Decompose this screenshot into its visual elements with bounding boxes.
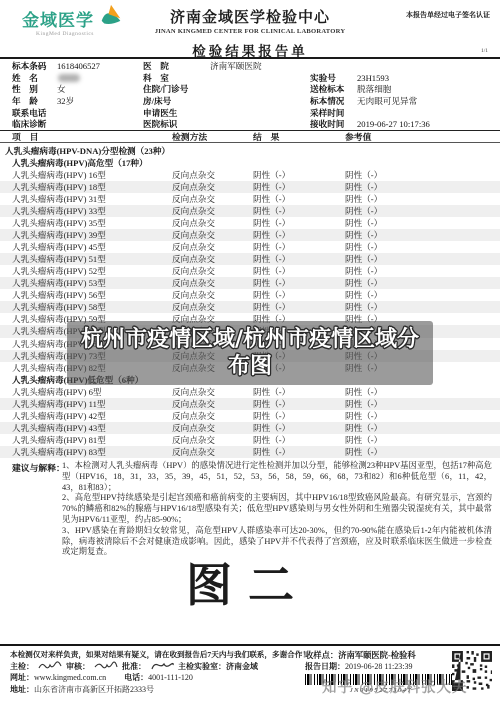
cell-name: 人乳头瘤病毒(HPV) 16型 bbox=[0, 169, 172, 181]
cell-name: 人乳头瘤病毒(HPV) 35型 bbox=[0, 217, 172, 229]
cell-name: 人乳头瘤病毒(HPV) 81型 bbox=[0, 434, 172, 446]
table-row: 人乳头瘤病毒(HPV) 51型反向点杂交阴性（-）阴性（-） bbox=[0, 253, 500, 265]
zhujian-label: 主检： bbox=[10, 661, 34, 673]
info-value: 济南军颐医院 bbox=[210, 61, 310, 73]
lab-label: 主检实验室：济南金域 bbox=[178, 661, 258, 673]
header-divider bbox=[0, 57, 500, 59]
cell-result: 阴性（-） bbox=[253, 253, 345, 265]
table-row: 人乳头瘤病毒(HPV) 42型反向点杂交阴性（-）阴性（-） bbox=[0, 410, 500, 422]
info-value bbox=[210, 96, 310, 108]
info-row: 联系电话申请医生采样时间 bbox=[0, 108, 500, 120]
info-value bbox=[210, 84, 310, 96]
info-label: 性 别 bbox=[12, 84, 57, 96]
cell-ref: 阴性（-） bbox=[345, 277, 500, 289]
collect-point: 收样点：济南军颐医院-检验科 bbox=[305, 650, 457, 661]
cell-ref: 阴性（-） bbox=[345, 410, 500, 422]
cell-ref: 阴性（-） bbox=[345, 289, 500, 301]
subtitle-line-1: 杭州市疫情区域/杭州市疫情区域分 bbox=[81, 326, 419, 353]
cell-ref: 阴性（-） bbox=[345, 205, 500, 217]
shenhe-label: 审核： bbox=[66, 661, 90, 673]
cell-method: 反向点杂交 bbox=[172, 301, 253, 313]
address-label: 地址： bbox=[10, 685, 34, 694]
cell-method bbox=[172, 145, 253, 157]
info-label: 联系电话 bbox=[12, 108, 57, 120]
cell-result: 阴性（-） bbox=[253, 265, 345, 277]
cell-method: 反向点杂交 bbox=[172, 289, 253, 301]
cell-name: 人乳头瘤病毒(HPV) 58型 bbox=[0, 301, 172, 313]
cell-name: 人乳头瘤病毒(HPV) 42型 bbox=[0, 410, 172, 422]
cell-method: 反向点杂交 bbox=[172, 193, 253, 205]
address-value: 山东省济南市高新区开拓路2333号 bbox=[34, 685, 154, 694]
center-name-cn: 济南金域医学检验中心 bbox=[110, 6, 390, 27]
cell-name: 人乳头瘤病毒(HPV) 31型 bbox=[0, 193, 172, 205]
info-label: 年 龄 bbox=[12, 96, 57, 108]
info-label: 标本条码 bbox=[12, 61, 57, 73]
cell-ref bbox=[345, 157, 500, 169]
table-row: 人乳头瘤病毒(HPV) 56型反向点杂交阴性（-）阴性（-） bbox=[0, 289, 500, 301]
cell-result: 阴性（-） bbox=[253, 205, 345, 217]
address-line: 地址：山东省济南市高新区开拓路2333号 bbox=[10, 684, 306, 696]
info-label: 科 室 bbox=[143, 73, 210, 85]
col-method: 检测方法 bbox=[172, 131, 253, 144]
shenhe-signature-scribble bbox=[94, 661, 118, 671]
cell-result: 阴性（-） bbox=[253, 181, 345, 193]
cell-method: 反向点杂交 bbox=[172, 205, 253, 217]
col-item: 项 目 bbox=[0, 131, 172, 144]
info-label: 实验号 bbox=[310, 73, 357, 85]
table-row: 人乳头瘤病毒(HPV) 16型反向点杂交阴性（-）阴性（-） bbox=[0, 169, 500, 181]
advice-text: 1、本检测对人乳头瘤病毒（HPV）的感染情况进行定性检测并加以分型，能够检测23… bbox=[62, 461, 492, 558]
cell-result: 阴性（-） bbox=[253, 434, 345, 446]
info-label: 姓 名 bbox=[12, 73, 57, 85]
cell-name: 人乳头瘤病毒(HPV) 6型 bbox=[0, 386, 172, 398]
footer-left: 本检测仅对来样负责，如果对结果有疑义，请在收到报告后7天内与我们联系，多谢合作！… bbox=[10, 649, 306, 695]
cell-name: 人乳头瘤病毒(HPV) 51型 bbox=[0, 253, 172, 265]
report-header: 济南金域医学检验中心 JINAN KINGMED CENTER FOR CLIN… bbox=[110, 6, 390, 60]
cell-method: 反向点杂交 bbox=[172, 422, 253, 434]
cell-result bbox=[253, 157, 345, 169]
cell-result: 阴性（-） bbox=[253, 301, 345, 313]
cell-result: 阴性（-） bbox=[253, 398, 345, 410]
cell-ref: 阴性（-） bbox=[345, 398, 500, 410]
info-value: 32岁 bbox=[57, 96, 143, 108]
cell-ref: 阴性（-） bbox=[345, 217, 500, 229]
cell-ref: 阴性（-） bbox=[345, 241, 500, 253]
info-value: 1618406527 bbox=[57, 61, 143, 73]
cell-result: 阴性（-） bbox=[253, 241, 345, 253]
cell-method: 反向点杂交 bbox=[172, 434, 253, 446]
cell-result: 阴性（-） bbox=[253, 386, 345, 398]
page-number: 1/1 bbox=[481, 48, 488, 54]
cell-method: 反向点杂交 bbox=[172, 410, 253, 422]
cell-result: 阴性（-） bbox=[253, 289, 345, 301]
cell-name: 人乳头瘤病毒(HPV-DNA)分型检测（23种） bbox=[0, 145, 172, 157]
cell-ref: 阴性（-） bbox=[345, 434, 500, 446]
cell-method: 反向点杂交 bbox=[172, 181, 253, 193]
info-label: 送检标本 bbox=[310, 84, 357, 96]
website-label: 网址： bbox=[10, 673, 34, 682]
esign-note: 本报告单经过电子签名认证 bbox=[406, 10, 490, 20]
cell-method: 反向点杂交 bbox=[172, 229, 253, 241]
col-reference: 参考值 bbox=[345, 131, 500, 144]
cell-method: 反向点杂交 bbox=[172, 277, 253, 289]
table-row: 人乳头瘤病毒(HPV-DNA)分型检测（23种） bbox=[0, 145, 500, 157]
cell-name: 人乳头瘤病毒(HPV) 53型 bbox=[0, 277, 172, 289]
info-label: 医 院 bbox=[143, 61, 210, 73]
advice-paragraph: 2、高危型HPV持续感染是引起宫颈癌和癌前病变的主要病因，其中HPV16/18型… bbox=[62, 493, 492, 525]
table-row: 人乳头瘤病毒(HPV) 18型反向点杂交阴性（-）阴性（-） bbox=[0, 181, 500, 193]
table-row: 人乳头瘤病毒(HPV) 43型反向点杂交阴性（-）阴性（-） bbox=[0, 422, 500, 434]
cell-ref: 阴性（-） bbox=[345, 265, 500, 277]
table-row: 人乳头瘤病毒(HPV) 81型反向点杂交阴性（-）阴性（-） bbox=[0, 434, 500, 446]
col-result: 结 果 bbox=[253, 131, 345, 144]
table-row: 人乳头瘤病毒(HPV) 11型反向点杂交阴性（-）阴性（-） bbox=[0, 398, 500, 410]
cell-name: 人乳头瘤病毒(HPV) 83型 bbox=[0, 446, 172, 458]
lab-report-page: 金域医学 KingMed Diagnostics 济南金域医学检验中心 JINA… bbox=[0, 0, 500, 707]
cell-result: 阴性（-） bbox=[253, 410, 345, 422]
cell-method: 反向点杂交 bbox=[172, 253, 253, 265]
table-row: 人乳头瘤病毒(HPV) 31型反向点杂交阴性（-）阴性（-） bbox=[0, 193, 500, 205]
cell-result: 阴性（-） bbox=[253, 422, 345, 434]
cell-name: 人乳头瘤病毒(HPV) 33型 bbox=[0, 205, 172, 217]
table-row: 人乳头瘤病毒(HPV)高危型（17种） bbox=[0, 157, 500, 169]
info-label: 申请医生 bbox=[143, 108, 210, 120]
info-label: 采样时间 bbox=[310, 108, 357, 120]
cell-ref: 阴性（-） bbox=[345, 181, 500, 193]
cell-name: 人乳头瘤病毒(HPV)高危型（17种） bbox=[0, 157, 172, 169]
table-row: 人乳头瘤病毒(HPV) 33型反向点杂交阴性（-）阴性（-） bbox=[0, 205, 500, 217]
signature-line: 主检： 审核： 批准： 主检实验室：济南金域 bbox=[10, 661, 306, 673]
cell-method: 反向点杂交 bbox=[172, 265, 253, 277]
info-value bbox=[357, 108, 500, 120]
info-label: 住院/门诊号 bbox=[143, 84, 210, 96]
cell-result: 阴性（-） bbox=[253, 193, 345, 205]
info-label bbox=[310, 61, 357, 73]
cell-result: 阴性（-） bbox=[253, 446, 345, 458]
phone-label: 电话： bbox=[124, 673, 148, 682]
info-grid: 标本条码1618406527医 院济南军颐医院姓 名科 室实验号23H1593性… bbox=[0, 61, 500, 131]
cell-method: 反向点杂交 bbox=[172, 386, 253, 398]
cell-result: 阴性（-） bbox=[253, 217, 345, 229]
info-row: 性 别女住院/门诊号送检标本脱落细胞 bbox=[0, 84, 500, 96]
cell-method: 反向点杂交 bbox=[172, 241, 253, 253]
info-label: 房/床号 bbox=[143, 96, 210, 108]
cell-name: 人乳头瘤病毒(HPV) 18型 bbox=[0, 181, 172, 193]
cell-result: 阴性（-） bbox=[253, 277, 345, 289]
zhujian-signature-scribble bbox=[38, 661, 62, 671]
center-name-en: JINAN KINGMED CENTER FOR CLINICAL LABORA… bbox=[110, 28, 390, 35]
cell-result bbox=[253, 145, 345, 157]
table-row: 人乳头瘤病毒(HPV) 39型反向点杂交阴性（-）阴性（-） bbox=[0, 229, 500, 241]
subtitle-overlay: 杭州市疫情区域/杭州市疫情区域分 布图 bbox=[67, 321, 433, 385]
cell-name: 人乳头瘤病毒(HPV) 39型 bbox=[0, 229, 172, 241]
report-date-line: 报告日期：2019-06-28 11:23:39 bbox=[305, 661, 457, 672]
info-label: 标本情况 bbox=[310, 96, 357, 108]
cell-ref: 阴性（-） bbox=[345, 169, 500, 181]
website-phone-line: 网址：www.kingmed.com.cn 电话：4001-111-120 bbox=[10, 672, 306, 684]
cell-ref: 阴性（-） bbox=[345, 386, 500, 398]
zhihu-watermark: 知乎 @皮肤科张大夫 bbox=[322, 676, 468, 697]
info-value: 女 bbox=[57, 84, 143, 96]
report-date-label: 报告日期： bbox=[305, 662, 345, 671]
cell-name: 人乳头瘤病毒(HPV) 45型 bbox=[0, 241, 172, 253]
info-value bbox=[210, 108, 310, 120]
cell-name: 人乳头瘤病毒(HPV) 52型 bbox=[0, 265, 172, 277]
cell-ref bbox=[345, 145, 500, 157]
cell-method: 反向点杂交 bbox=[172, 446, 253, 458]
cell-name: 人乳头瘤病毒(HPV) 43型 bbox=[0, 422, 172, 434]
table-row: 人乳头瘤病毒(HPV) 83型反向点杂交阴性（-）阴性（-） bbox=[0, 446, 500, 458]
table-row: 人乳头瘤病毒(HPV) 6型反向点杂交阴性（-）阴性（-） bbox=[0, 386, 500, 398]
info-value: 23H1593 bbox=[357, 73, 500, 85]
website-value: www.kingmed.com.cn bbox=[34, 673, 106, 682]
pizhun-signature-scribble bbox=[150, 661, 174, 671]
info-row: 年 龄32岁房/床号标本情况无肉眼可见异常 bbox=[0, 96, 500, 108]
results-table-header: 项 目 检测方法 结 果 参考值 bbox=[0, 130, 500, 143]
advice-paragraph: 1、本检测对人乳头瘤病毒（HPV）的感染情况进行定性检测并加以分型，能够检测23… bbox=[62, 461, 492, 493]
info-value bbox=[357, 61, 500, 73]
cell-ref: 阴性（-） bbox=[345, 193, 500, 205]
subtitle-line-2: 布图 bbox=[228, 353, 272, 380]
info-value: 脱落细胞 bbox=[357, 84, 500, 96]
cell-ref: 阴性（-） bbox=[345, 301, 500, 313]
cell-method: 反向点杂交 bbox=[172, 169, 253, 181]
cell-method bbox=[172, 157, 253, 169]
report-date-value: 2019-06-28 11:23:39 bbox=[345, 662, 412, 671]
cell-result: 阴性（-） bbox=[253, 229, 345, 241]
patient-name-redacted bbox=[58, 74, 80, 82]
cell-ref: 阴性（-） bbox=[345, 229, 500, 241]
advice-label: 建议与解释： bbox=[12, 461, 65, 474]
cell-result: 阴性（-） bbox=[253, 169, 345, 181]
table-row: 人乳头瘤病毒(HPV) 35型反向点杂交阴性（-）阴性（-） bbox=[0, 217, 500, 229]
pizhun-label: 批准： bbox=[122, 661, 146, 673]
table-row: 人乳头瘤病毒(HPV) 58型反向点杂交阴性（-）阴性（-） bbox=[0, 301, 500, 313]
cell-method: 反向点杂交 bbox=[172, 398, 253, 410]
cell-name: 人乳头瘤病毒(HPV) 56型 bbox=[0, 289, 172, 301]
figure-2-label: 图二 bbox=[186, 549, 310, 615]
cell-name: 人乳头瘤病毒(HPV) 11型 bbox=[0, 398, 172, 410]
info-value: 无肉眼可见异常 bbox=[357, 96, 500, 108]
info-value bbox=[210, 73, 310, 85]
results-table-body: 人乳头瘤病毒(HPV-DNA)分型检测（23种）人乳头瘤病毒(HPV)高危型（1… bbox=[0, 145, 500, 459]
cell-method: 反向点杂交 bbox=[172, 217, 253, 229]
footer-notice: 本检测仅对来样负责，如果对结果有疑义，请在收到报告后7天内与我们联系，多谢合作！ bbox=[10, 649, 306, 661]
footer-divider bbox=[0, 644, 500, 646]
cell-ref: 阴性（-） bbox=[345, 446, 500, 458]
phone-value: 4001-111-120 bbox=[148, 673, 193, 682]
info-row: 标本条码1618406527医 院济南军颐医院 bbox=[0, 61, 500, 73]
table-row: 人乳头瘤病毒(HPV) 45型反向点杂交阴性（-）阴性（-） bbox=[0, 241, 500, 253]
table-row: 人乳头瘤病毒(HPV) 52型反向点杂交阴性（-）阴性（-） bbox=[0, 265, 500, 277]
cell-ref: 阴性（-） bbox=[345, 253, 500, 265]
table-row: 人乳头瘤病毒(HPV) 53型反向点杂交阴性（-）阴性（-） bbox=[0, 277, 500, 289]
info-value bbox=[57, 108, 143, 120]
cell-ref: 阴性（-） bbox=[345, 422, 500, 434]
